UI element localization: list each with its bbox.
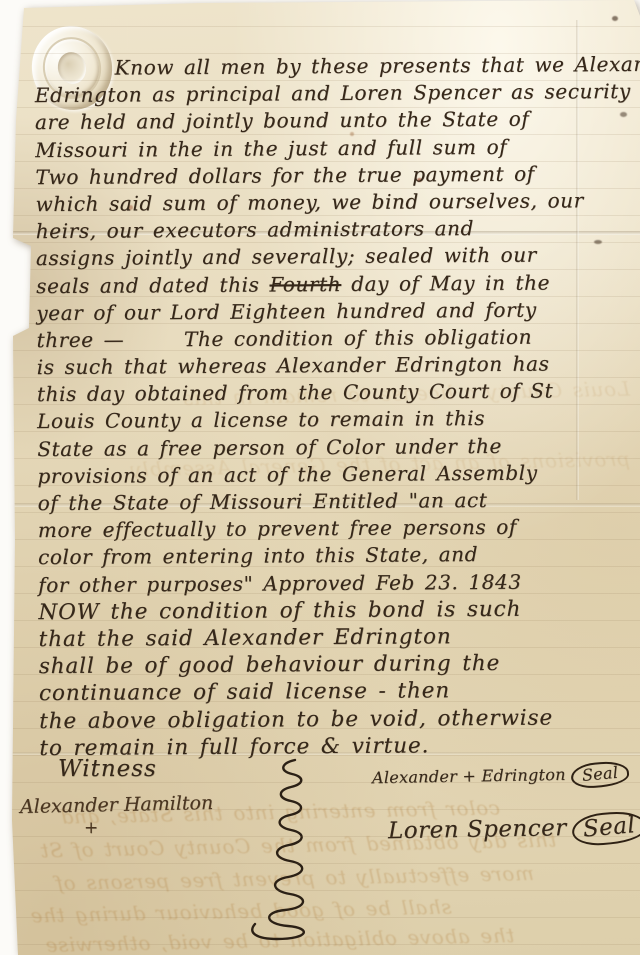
pen-flourish-squiggle	[243, 758, 338, 950]
manuscript-line: more effectually to prevent free persons…	[38, 513, 640, 544]
manuscript-line: are held and jointly bound unto the Stat…	[35, 105, 638, 136]
manuscript-line: three — The condition of this obligation	[36, 323, 639, 354]
document-scan: Louis County a license to remain in this…	[0, 0, 640, 955]
principal-signature-row: Alexander + EdringtonSeal	[372, 762, 630, 791]
principal-signature: Alexander + Edrington	[372, 765, 566, 787]
manuscript-line: which said sum of money, we bind ourselv…	[35, 187, 638, 218]
bleed-through-text: more effectually to prevent free persons…	[55, 861, 534, 895]
manuscript-line: State as a free person of Color under th…	[37, 432, 640, 463]
ink-speck	[612, 16, 618, 21]
manuscript-line: assigns jointly and severally; sealed wi…	[36, 241, 639, 272]
manuscript-line: NOW the condition of this bond is such	[38, 595, 640, 626]
manuscript-line: Missouri in the in the just and full sum…	[35, 132, 638, 163]
date-line-prefix: seals and dated this	[36, 272, 269, 298]
manuscript-line: continuance of said license - then	[39, 676, 640, 707]
witness-label: Witness	[58, 756, 157, 782]
manuscript-body: Know all men by these presents that we A…	[35, 51, 640, 762]
manuscript-line: year of our Lord Eighteen hundred and fo…	[36, 296, 639, 327]
paper-shadow-wrap: Louis County a license to remain in this…	[0, 0, 640, 955]
manuscript-line: this day obtained from the County Court …	[37, 377, 640, 408]
struck-word: Fourth	[269, 271, 341, 296]
witness-signature: Alexander Hamilton	[20, 792, 214, 818]
bleed-through-text: the above obligation to be void, otherwi…	[45, 923, 515, 955]
manuscript-line: shall be of good behaviour during the	[39, 649, 640, 680]
manuscript-date-line: seals and dated this Fourth day of May i…	[36, 268, 639, 299]
manuscript-line: provisions of an act of the General Asse…	[37, 459, 640, 490]
security-signature-row: Loren SpencerSeal	[388, 812, 640, 849]
date-line-suffix: day of May in the	[341, 270, 550, 295]
security-seal-annotation: Seal	[570, 809, 640, 847]
manuscript-line: of the State of Missouri Entitled "an ac…	[38, 486, 640, 517]
principal-seal-annotation: Seal	[570, 760, 630, 790]
manuscript-line: is such that whereas Alexander Edrington…	[37, 350, 640, 381]
manuscript-page: Louis County a license to remain in this…	[0, 0, 640, 955]
manuscript-line: heirs, our executors administrators and	[36, 214, 639, 245]
manuscript-line: Louis County a license to remain in this	[37, 404, 640, 435]
manuscript-line: color from entering into this State, and	[38, 540, 640, 571]
manuscript-line: that the said Alexander Edrington	[39, 622, 640, 653]
witness-mark: +	[84, 818, 98, 838]
manuscript-line: the above obligation to be void, otherwi…	[39, 703, 640, 734]
manuscript-line: Edrington as principal and Loren Spencer…	[35, 78, 638, 109]
security-signature: Loren Spencer	[388, 815, 567, 844]
manuscript-line: Two hundred dollars for the true payment…	[35, 160, 638, 191]
bleed-through-text: shall be of good behaviour during the	[30, 895, 452, 928]
manuscript-line: Know all men by these presents that we A…	[35, 51, 638, 82]
manuscript-line: for other purposes" Approved Feb 23. 184…	[38, 567, 640, 598]
